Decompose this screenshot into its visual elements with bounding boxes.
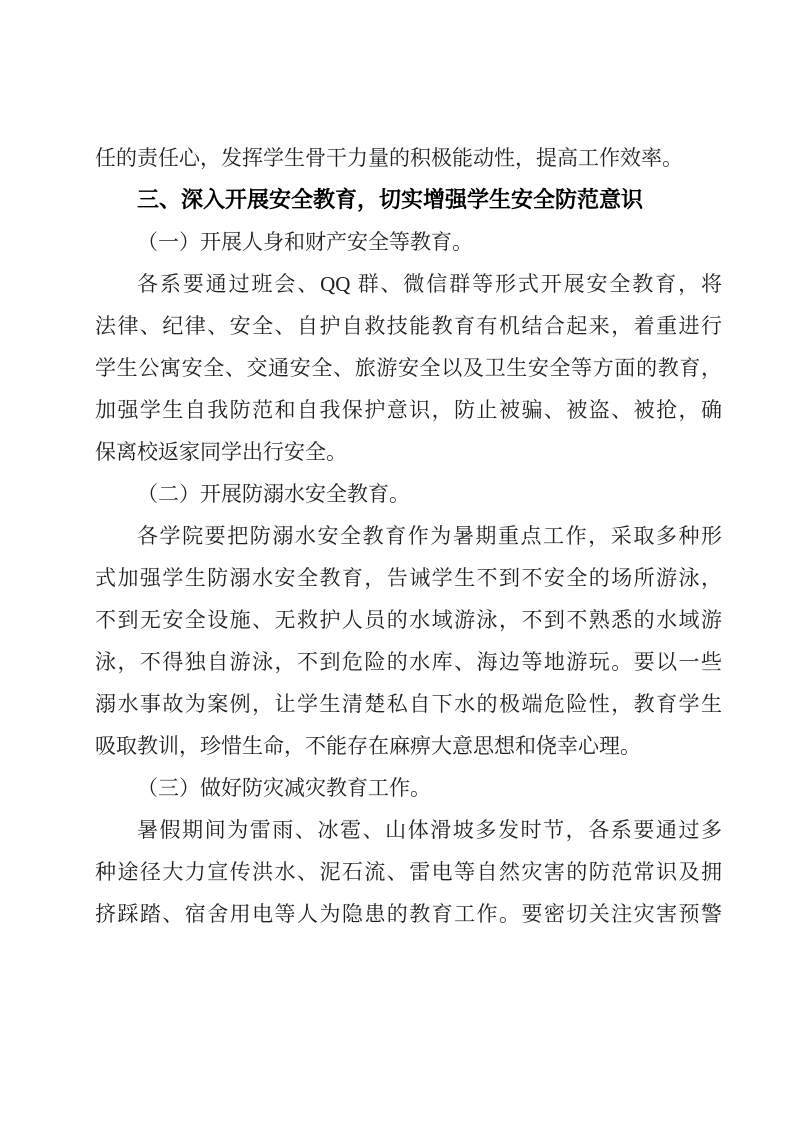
section-heading: 三、深入开展安全教育，切实增强学生安全防范意识 — [95, 179, 722, 221]
body-text-line: 各学院要把防溺水安全教育作为暑期重点工作，采取多种形 — [95, 515, 722, 557]
body-text-line: 种途径大力宣传洪水、泥石流、雷电等自然灾害的防范常识及拥 — [95, 851, 722, 893]
subsection-heading: （三）做好防灾减灾教育工作。 — [95, 767, 722, 809]
subsection-heading: （一）开展人身和财产安全等教育。 — [95, 221, 722, 263]
body-text-line: 学生公寓安全、交通安全、旅游安全以及卫生安全等方面的教育， — [95, 347, 722, 389]
body-text-line: 加强学生自我防范和自我保护意识，防止被骗、被盗、被抢，确 — [95, 389, 722, 431]
body-text-line: 式加强学生防溺水安全教育，告诫学生不到不安全的场所游泳， — [95, 557, 722, 599]
body-text-line: 法律、纪律、安全、自护自救技能教育有机结合起来，着重进行 — [95, 305, 722, 347]
body-text-line: 挤踩踏、宿舍用电等人为隐患的教育工作。要密切关注灾害预警 — [95, 893, 722, 935]
document-page: 任的责任心，发挥学生骨干力量的积极能动性，提高工作效率。三、深入开展安全教育，切… — [0, 0, 793, 1122]
body-text-line: 泳，不得独自游泳，不到危险的水库、海边等地游玩。要以一些 — [95, 641, 722, 683]
subsection-heading: （二）开展防溺水安全教育。 — [95, 473, 722, 515]
body-text-line: 不到无安全设施、无救护人员的水域游泳，不到不熟悉的水域游 — [95, 599, 722, 641]
body-text-line: 任的责任心，发挥学生骨干力量的积极能动性，提高工作效率。 — [95, 137, 722, 179]
body-text-line: 吸取教训，珍惜生命，不能存在麻痹大意思想和侥幸心理。 — [95, 725, 722, 767]
body-text-line: 溺水事故为案例，让学生清楚私自下水的极端危险性，教育学生 — [95, 683, 722, 725]
body-text-line: 各系要通过班会、QQ 群、微信群等形式开展安全教育，将 — [95, 263, 722, 305]
body-text-line: 暑假期间为雷雨、冰雹、山体滑坡多发时节，各系要通过多 — [95, 809, 722, 851]
body-text-line: 保离校返家同学出行安全。 — [95, 431, 722, 473]
document-text-block: 任的责任心，发挥学生骨干力量的积极能动性，提高工作效率。三、深入开展安全教育，切… — [95, 137, 722, 935]
